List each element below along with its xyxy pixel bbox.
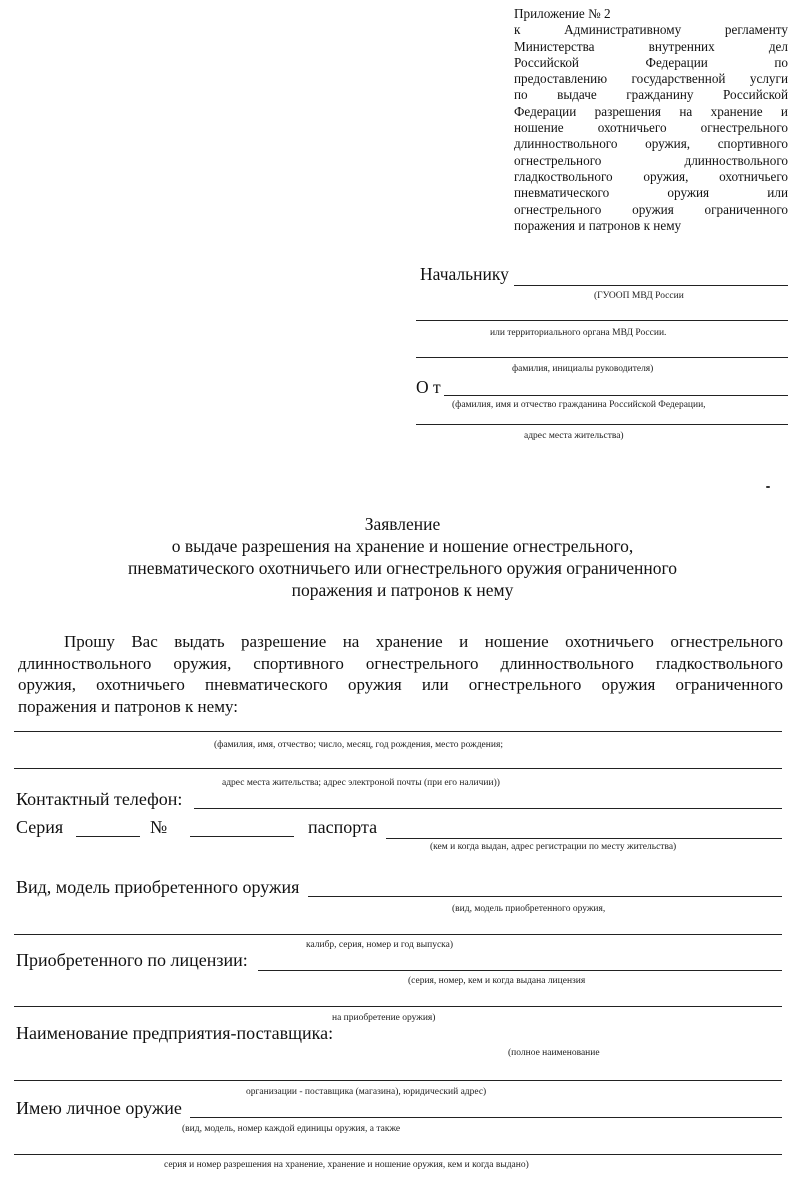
request-paragraph: Прошу Вас выдать разрешение на хранение …	[18, 631, 783, 717]
appendix-line: по выдаче гражданину Российской	[514, 87, 788, 103]
passport-issued-field[interactable]	[386, 838, 782, 839]
from-field[interactable]	[444, 395, 788, 396]
scan-speck	[766, 486, 770, 488]
license-details-field[interactable]	[14, 1006, 782, 1007]
address-caption: адрес места жительства)	[524, 431, 624, 441]
appendix-line: Российской Федерации по	[514, 55, 788, 71]
address-field[interactable]	[416, 424, 788, 425]
head-name-caption: фамилия, инициалы руководителя)	[512, 364, 653, 374]
license-caption: (серия, номер, кем и когда выдана лиценз…	[408, 976, 585, 986]
weapon-details-caption: калибр, серия, номер и год выпуска)	[306, 940, 453, 950]
license-label: Приобретенного по лицензии:	[16, 950, 248, 971]
from-label: О т	[416, 377, 441, 398]
personal-permit-field[interactable]	[14, 1154, 782, 1155]
phone-label: Контактный телефон:	[16, 789, 182, 810]
head-name-field[interactable]	[416, 357, 788, 358]
request-line: оружия, охотничьего пневматического оруж…	[18, 674, 783, 696]
weapon-label: Вид, модель приобретенного оружия	[16, 877, 299, 898]
appendix-line: поражения и патронов к нему	[514, 218, 788, 234]
appendix-header: Приложение № 2 к Административному регла…	[514, 6, 788, 234]
license-details-caption: на приобретение оружия)	[332, 1013, 435, 1023]
title-line: о выдаче разрешения на хранение и ношени…	[0, 535, 805, 557]
personal-weapon-field[interactable]	[190, 1117, 782, 1118]
appendix-line: Федерации разрешения на хранение и	[514, 104, 788, 120]
passport-number-field[interactable]	[190, 836, 294, 837]
title-line: поражения и патронов к нему	[0, 579, 805, 601]
to-org-field[interactable]	[416, 320, 788, 321]
passport-series-field[interactable]	[76, 836, 140, 837]
weapon-caption: (вид, модель приобретенного оружия,	[452, 904, 605, 914]
appendix-line: огнестрельного оружия ограниченного	[514, 202, 788, 218]
weapon-details-field[interactable]	[14, 934, 782, 935]
appendix-line: к Административному регламенту	[514, 22, 788, 38]
weapon-field[interactable]	[308, 896, 782, 897]
appendix-line: ношение охотничьего огнестрельного	[514, 120, 788, 136]
to-caption: (ГУООП МВД России	[594, 291, 684, 301]
license-field[interactable]	[258, 970, 782, 971]
passport-label: паспорта	[308, 817, 377, 838]
title-line: Заявление	[0, 513, 805, 535]
to-field[interactable]	[514, 285, 788, 286]
to-org-caption: или территориального органа МВД России.	[490, 328, 666, 338]
appendix-line: огнестрельного длинноствольного	[514, 153, 788, 169]
to-label: Начальнику	[420, 264, 509, 285]
request-line: длинноствольного оружия, спортивного огн…	[18, 653, 783, 675]
request-line: поражения и патронов к нему:	[18, 696, 783, 718]
applicant-name-caption: (фамилия, имя, отчество; число, месяц, г…	[214, 740, 503, 750]
appendix-line: Приложение № 2	[514, 6, 788, 22]
personal-weapon-caption: (вид, модель, номер каждой единицы оружи…	[182, 1124, 400, 1134]
applicant-name-field[interactable]	[14, 731, 782, 732]
number-label: №	[150, 817, 167, 838]
personal-permit-caption: серия и номер разрешения на хранение, хр…	[164, 1160, 529, 1170]
personal-weapon-label: Имею личное оружие	[16, 1098, 182, 1119]
supplier-field[interactable]	[14, 1080, 782, 1081]
appendix-line: длинноствольного оружия, спортивного	[514, 136, 788, 152]
applicant-address-field[interactable]	[14, 768, 782, 769]
supplier-details-caption: организации - поставщика (магазина), юри…	[246, 1087, 486, 1097]
phone-field[interactable]	[194, 808, 782, 809]
passport-caption: (кем и когда выдан, адрес регистрации по…	[430, 842, 676, 852]
supplier-caption: (полное наименование	[508, 1048, 600, 1058]
title-line: пневматического охотничьего или огнестре…	[0, 557, 805, 579]
appendix-line: Министерства внутренних дел	[514, 39, 788, 55]
request-line: Прошу Вас выдать разрешение на хранение …	[18, 631, 783, 653]
appendix-line: гладкоствольного оружия, охотничьего	[514, 169, 788, 185]
applicant-address-caption: адрес места жительства; адрес электроной…	[222, 778, 500, 788]
appendix-line: предоставлению государственной услуги	[514, 71, 788, 87]
appendix-line: пневматического оружия или	[514, 185, 788, 201]
supplier-label: Наименование предприятия-поставщика:	[16, 1023, 333, 1044]
document-title: Заявление о выдаче разрешения на хранени…	[0, 513, 805, 601]
from-caption: (фамилия, имя и отчество гражданина Росс…	[452, 400, 706, 410]
series-label: Серия	[16, 817, 63, 838]
